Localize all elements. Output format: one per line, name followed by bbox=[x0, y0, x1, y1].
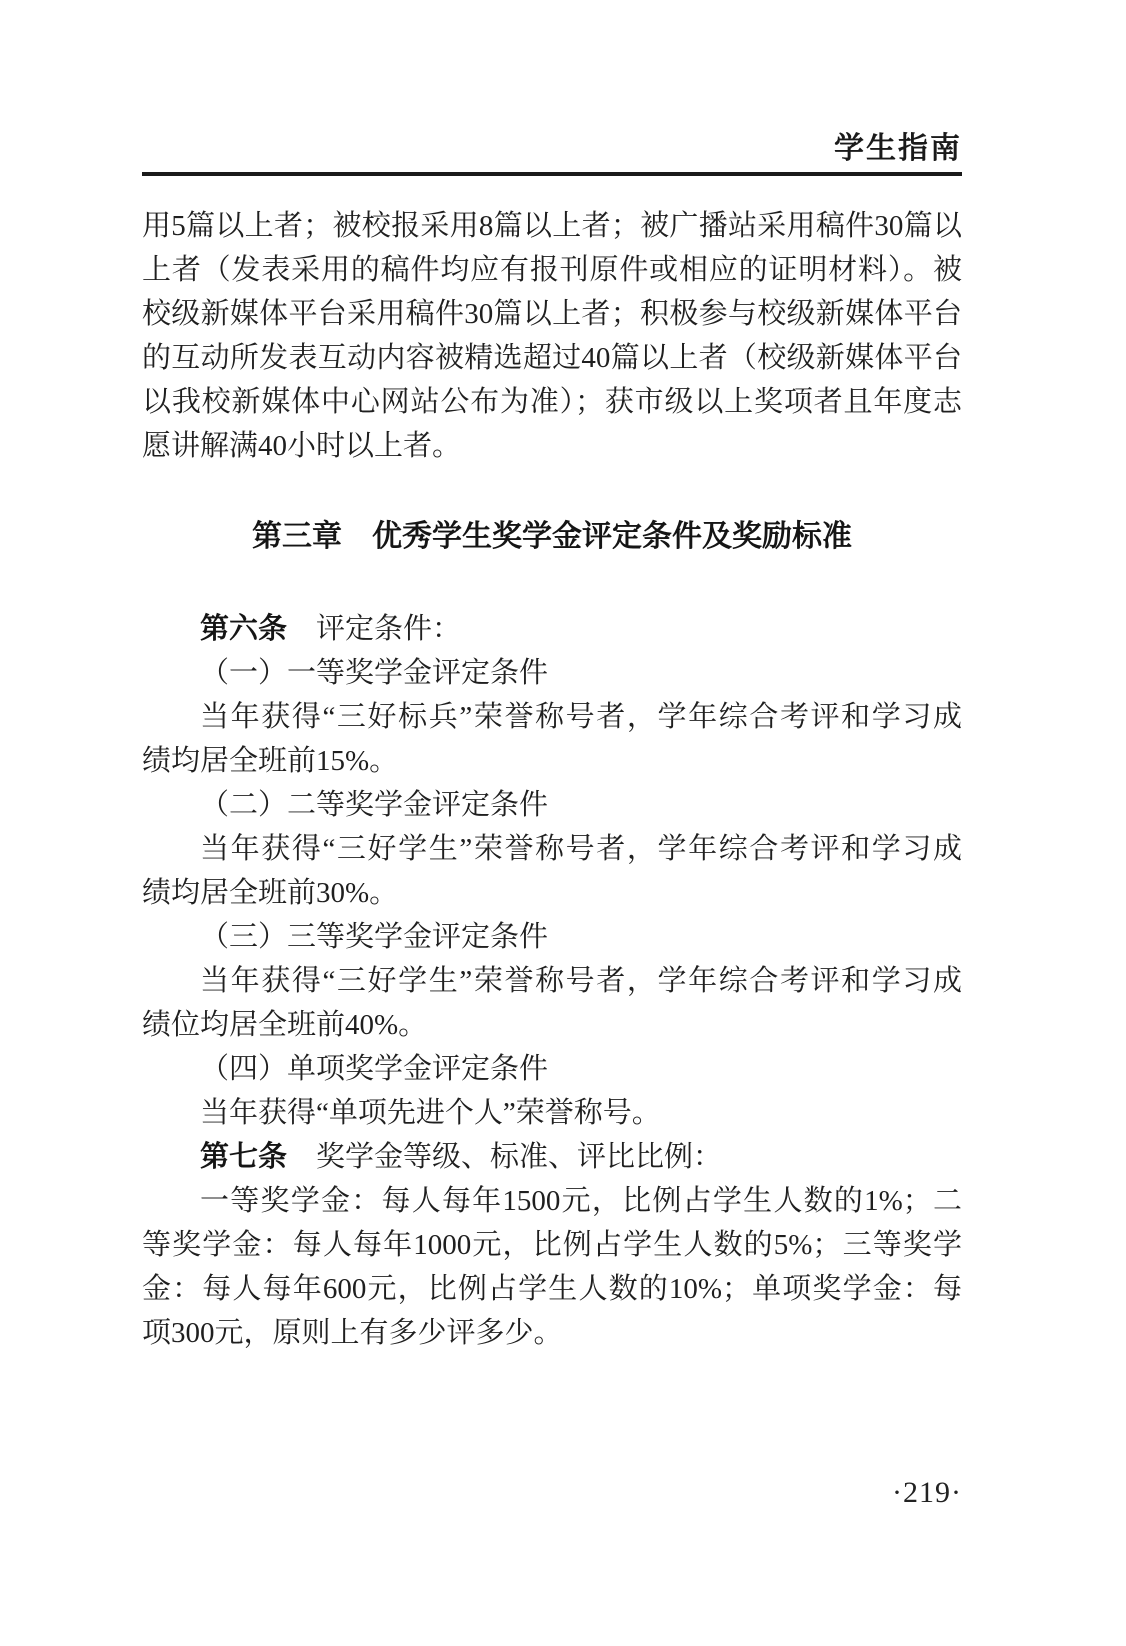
list-item-title: （一）一等奖学金评定条件 bbox=[142, 651, 962, 695]
list-item-line: 绩位均居全班前40%。 bbox=[142, 1003, 962, 1047]
clause-7-line: 第七条 奖学金等级、标准、评比比例： bbox=[142, 1135, 962, 1179]
list-item-title: （三）三等奖学金评定条件 bbox=[142, 915, 962, 959]
clause-6-line: 第六条 评定条件： bbox=[142, 607, 962, 651]
list-item-line: 当年获得“三好学生”荣誉称号者，学年综合考评和学习成 bbox=[142, 959, 962, 1003]
paragraph-line: 用5篇以上者；被校报采用8篇以上者；被广播站采用稿件30篇以 bbox=[142, 204, 962, 248]
paragraph-line: 愿讲解满40小时以上者。 bbox=[142, 424, 962, 468]
list-item-line: 绩均居全班前15%。 bbox=[142, 739, 962, 783]
clause-7-text: 奖学金等级、标准、评比比例： bbox=[287, 1141, 722, 1173]
document-page: 学生指南 用5篇以上者；被校报采用8篇以上者；被广播站采用稿件30篇以 上者（发… bbox=[0, 0, 1126, 1646]
paragraph-line: 的互动所发表互动内容被精选超过40篇以上者（校级新媒体平台 bbox=[142, 336, 962, 380]
page-number: ·219· bbox=[892, 1476, 962, 1510]
scholarship-conditions-section: 第六条 评定条件： （一）一等奖学金评定条件 当年获得“三好标兵”荣誉称号者，学… bbox=[142, 607, 962, 1355]
paragraph-line: 校级新媒体平台采用稿件30篇以上者；积极参与校级新媒体平台 bbox=[142, 292, 962, 336]
chapter-heading: 第三章 优秀学生奖学金评定条件及奖励标准 bbox=[142, 513, 962, 561]
clause-7-detail-line: 项300元，原则上有多少评多少。 bbox=[142, 1311, 962, 1355]
list-item-title: （二）二等奖学金评定条件 bbox=[142, 783, 962, 827]
list-item-line: 当年获得“三好标兵”荣誉称号者，学年综合考评和学习成 bbox=[142, 695, 962, 739]
clause-7-detail-line: 金：每人每年600元，比例占学生人数的10%；单项奖学金：每 bbox=[142, 1267, 962, 1311]
clause-7-label: 第七条 bbox=[200, 1141, 287, 1173]
list-item-line: 当年获得“单项先进个人”荣誉称号。 bbox=[142, 1091, 962, 1135]
clause-6-text: 评定条件： bbox=[287, 613, 461, 645]
clause-6-label: 第六条 bbox=[200, 613, 287, 645]
paragraph-continued: 用5篇以上者；被校报采用8篇以上者；被广播站采用稿件30篇以 上者（发表采用的稿… bbox=[142, 204, 962, 468]
list-item-line: 绩均居全班前30%。 bbox=[142, 871, 962, 915]
paragraph-line: 上者（发表采用的稿件均应有报刊原件或相应的证明材料）。被 bbox=[142, 248, 962, 292]
running-head: 学生指南 bbox=[142, 132, 962, 166]
paragraph-line: 以我校新媒体中心网站公布为准）；获市级以上奖项者且年度志 bbox=[142, 380, 962, 424]
clause-7-detail-line: 一等奖学金：每人每年1500元，比例占学生人数的1%；二 bbox=[142, 1179, 962, 1223]
list-item-title: （四）单项奖学金评定条件 bbox=[142, 1047, 962, 1091]
page-content: 学生指南 用5篇以上者；被校报采用8篇以上者；被广播站采用稿件30篇以 上者（发… bbox=[142, 0, 962, 1355]
list-item-line: 当年获得“三好学生”荣誉称号者，学年综合考评和学习成 bbox=[142, 827, 962, 871]
header-rule bbox=[142, 172, 962, 176]
clause-7-detail-line: 等奖学金：每人每年1000元，比例占学生人数的5%；三等奖学 bbox=[142, 1223, 962, 1267]
